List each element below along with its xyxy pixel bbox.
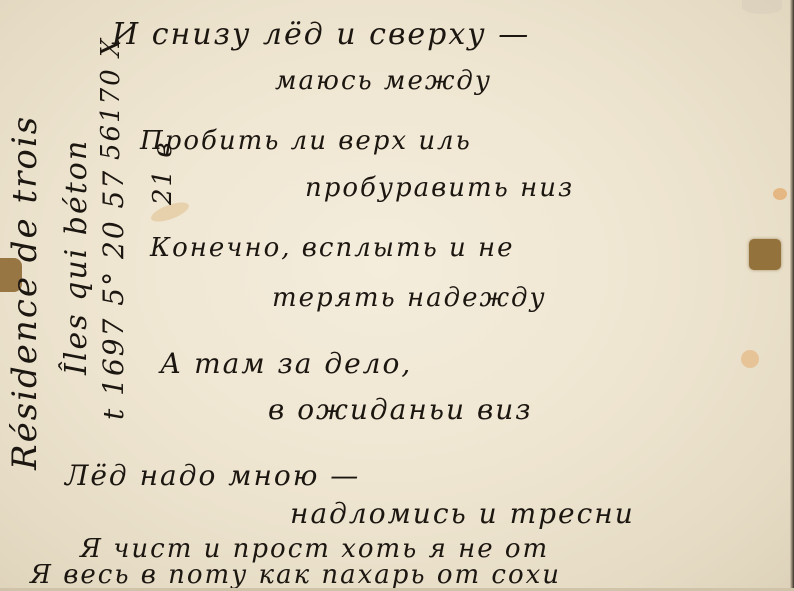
poem-line: А там за дело,	[160, 350, 412, 378]
paper-edge	[790, 0, 794, 591]
poem-line: пробуравить низ	[305, 175, 574, 201]
poem-line: Я чист и прост хоть я не от	[80, 536, 549, 562]
vertical-note: t 1697 5° 20 57	[100, 169, 128, 420]
poem-line: маюсь между	[275, 68, 492, 94]
stain-spot	[741, 350, 759, 368]
poem-line: Пробить ли верх иль	[140, 128, 472, 154]
vertical-note: Îles qui béton	[62, 139, 92, 375]
poem-line: терять надежду	[272, 285, 547, 311]
paper-crease	[742, 0, 782, 14]
poem-line: в ожиданьи виз	[268, 396, 533, 424]
vertical-note: 56170 X	[98, 37, 124, 160]
handwritten-note-paper: Résidence de trois Îles qui béton 56170 …	[0, 0, 794, 591]
poem-line: Конечно, всплыть и не	[150, 235, 515, 261]
poem-line: И снизу лёд и сверху —	[112, 20, 530, 50]
poem-line: Лёд надо мною —	[65, 462, 360, 490]
vertical-note: Résidence de trois	[8, 115, 42, 470]
tape-stain-right	[749, 239, 781, 270]
poem-line: надломись и тресни	[290, 500, 635, 528]
stain-spot	[773, 188, 787, 200]
poem-line: Я весь в поту как пахарь от сохи	[30, 562, 561, 588]
